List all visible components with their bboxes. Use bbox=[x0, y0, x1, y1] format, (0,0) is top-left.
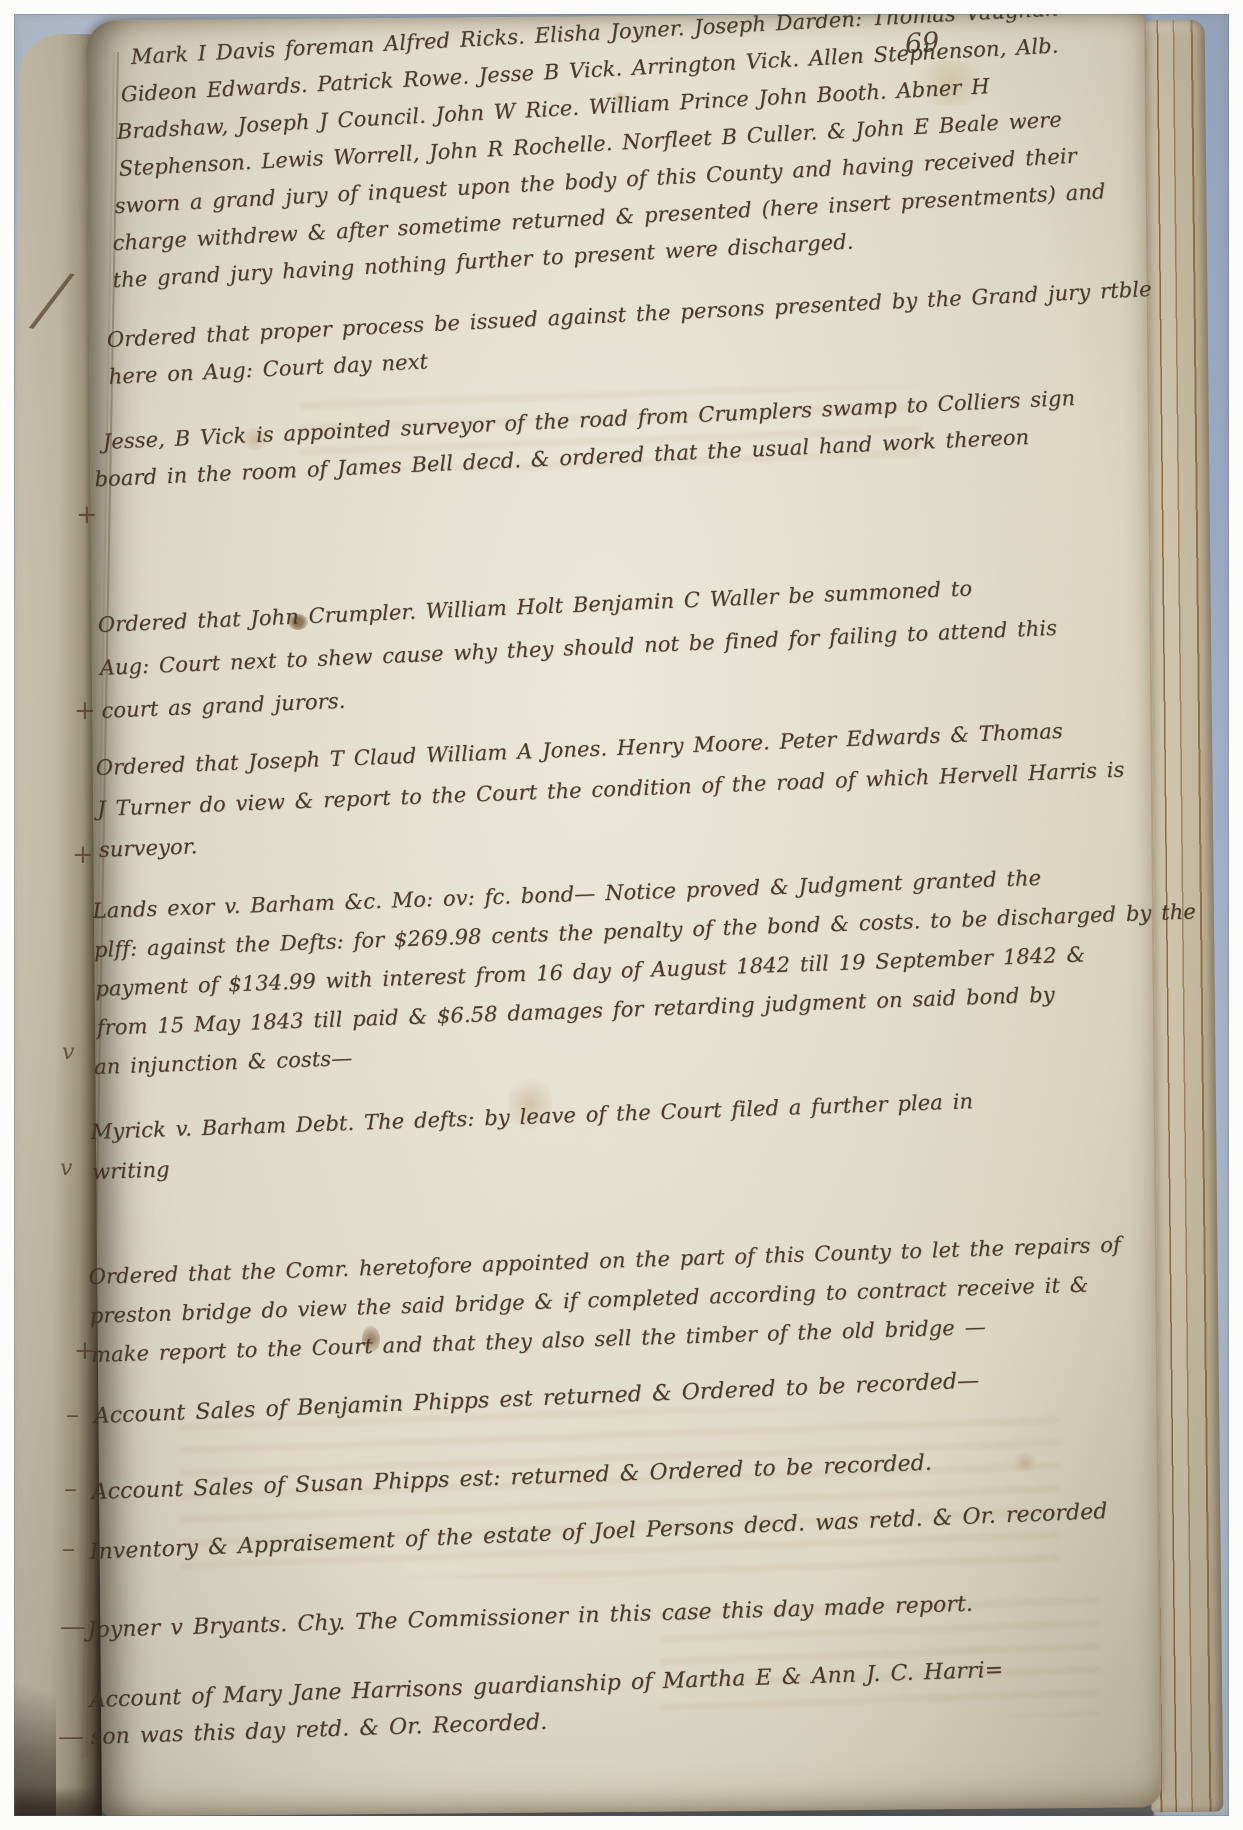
court-minutes-entry-lands-v-barham: Lands exor v. Barham &c. Mo: ov: fc. bon… bbox=[92, 854, 1201, 1087]
margin-check-mark: v bbox=[60, 1156, 72, 1181]
paper-stain bbox=[1012, 1452, 1038, 1472]
margin-check-mark: – bbox=[66, 1400, 79, 1430]
margin-check-mark: v bbox=[62, 1040, 74, 1065]
court-minutes-entry-grand-jury: Mark I Davis foreman Alfred Ricks. Elish… bbox=[112, 0, 1108, 299]
manuscript-photo: 69 Mark I Davis foreman Alfred Ricks. El… bbox=[0, 0, 1243, 1830]
margin-check-mark: – bbox=[62, 1534, 75, 1564]
photo-backdrop: 69 Mark I Davis foreman Alfred Ricks. El… bbox=[0, 0, 1243, 1830]
margin-check-mark: – bbox=[64, 1474, 77, 1504]
margin-check-mark: + bbox=[74, 696, 96, 726]
margin-check-mark: + bbox=[72, 840, 94, 870]
page-number: 69 bbox=[904, 27, 940, 60]
margin-check-mark: — bbox=[58, 1722, 84, 1752]
margin-check-mark: + bbox=[76, 500, 98, 530]
margin-check-mark: + bbox=[74, 1336, 96, 1366]
margin-check-mark: — bbox=[60, 1612, 86, 1642]
